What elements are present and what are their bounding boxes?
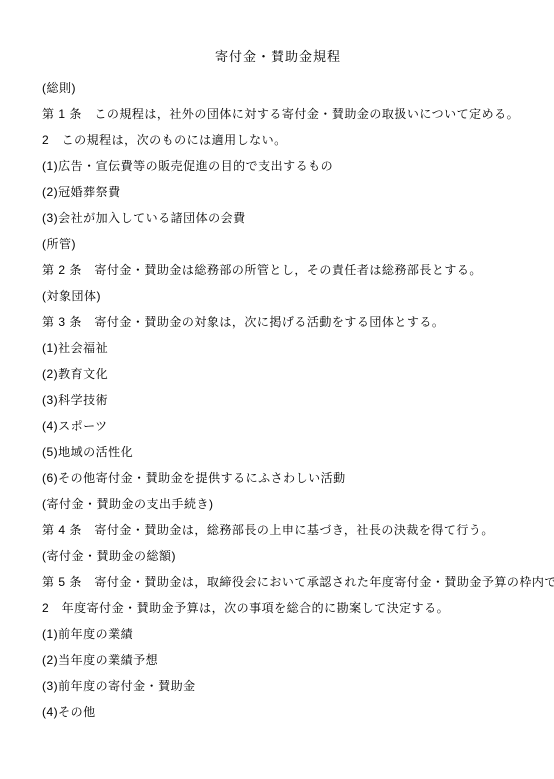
section-heading-procedure: (寄付金・賛助金の支出手続き)	[42, 491, 514, 517]
section-heading-jurisdiction: (所管)	[42, 231, 514, 257]
clause-article-4: 第 4 条 寄付金・賛助金は，総務部長の上申に基づき，社長の決裁を得て行う。	[42, 517, 514, 543]
list-item-budget-factor-4: (4)その他	[42, 699, 514, 725]
list-item-exclusion-1: (1)広告・宣伝費等の販売促進の目的で支出するもの	[42, 153, 514, 179]
list-item-activity-6: (6)その他寄付金・賛助金を提供するにふさわしい活動	[42, 465, 514, 491]
list-item-budget-factor-2: (2)当年度の業績予想	[42, 647, 514, 673]
document-title: 寄付金・賛助金規程	[42, 47, 514, 67]
list-item-activity-4: (4)スポーツ	[42, 413, 514, 439]
clause-article-2: 第 2 条 寄付金・賛助金は総務部の所管とし，その責任者は総務部長とする。	[42, 257, 514, 283]
section-heading-target-groups: (対象団体)	[42, 283, 514, 309]
clause-article-3: 第 3 条 寄付金・賛助金の対象は，次に掲げる活動をする団体とする。	[42, 309, 514, 335]
list-item-activity-3: (3)科学技術	[42, 387, 514, 413]
clause-article-1: 第 1 条 この規程は，社外の団体に対する寄付金・賛助金の取扱いについて定める。	[42, 101, 514, 127]
sub-clause-article-1-2: 2 この規程は，次のものには適用しない。	[42, 127, 514, 153]
sub-clause-article-5-2: 2 年度寄付金・賛助金予算は，次の事項を総合的に勘案して決定する。	[42, 595, 514, 621]
document-page: 寄付金・賛助金規程 (総則) 第 1 条 この規程は，社外の団体に対する寄付金・…	[0, 0, 554, 779]
list-item-exclusion-3: (3)会社が加入している諸団体の会費	[42, 205, 514, 231]
clause-article-5: 第 5 条 寄付金・賛助金は，取締役会において承認された年度寄付金・賛助金予算の…	[42, 569, 514, 595]
document-body: (総則) 第 1 条 この規程は，社外の団体に対する寄付金・賛助金の取扱いについ…	[42, 75, 514, 725]
list-item-budget-factor-1: (1)前年度の業績	[42, 621, 514, 647]
list-item-activity-5: (5)地域の活性化	[42, 439, 514, 465]
list-item-activity-2: (2)教育文化	[42, 361, 514, 387]
list-item-activity-1: (1)社会福祉	[42, 335, 514, 361]
list-item-budget-factor-3: (3)前年度の寄付金・賛助金	[42, 673, 514, 699]
section-heading-general: (総則)	[42, 75, 514, 101]
section-heading-total-amount: (寄付金・賛助金の総額)	[42, 543, 514, 569]
list-item-exclusion-2: (2)冠婚葬祭費	[42, 179, 514, 205]
